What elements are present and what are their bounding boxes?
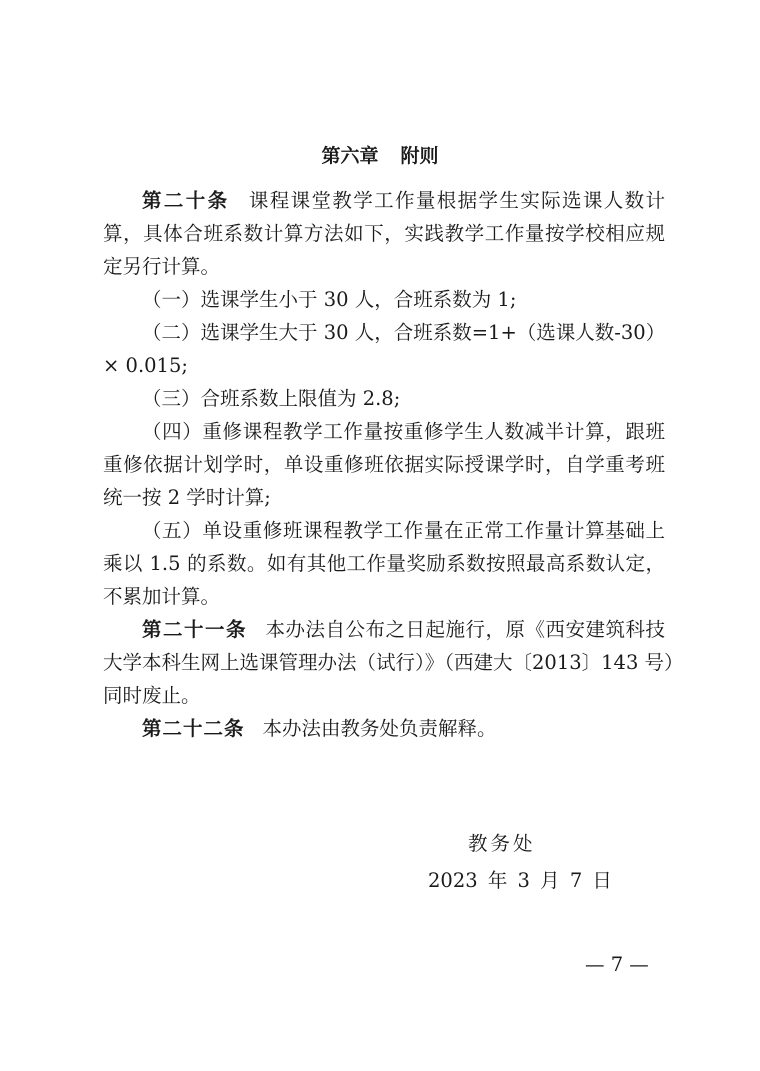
document-body: 第二十条课程课堂教学工作量根据学生实际选课人数计 算，具体合班系数计算方法如下，…: [103, 184, 665, 745]
item-5-line-2: 乘以 1.5 的系数。如有其他工作量奖励系数按照最高系数认定，: [103, 547, 665, 580]
article-20-line-3: 定另行计算。: [103, 250, 665, 283]
signature-date: 2023 年 3 月 7 日: [428, 866, 612, 896]
article-22-heading: 第二十二条: [142, 717, 245, 740]
document-page: 第六章附则 第二十条课程课堂教学工作量根据学生实际选课人数计 算，具体合班系数计…: [0, 0, 760, 1071]
chapter-number: 第六章: [321, 145, 378, 167]
signature-issuer: 教务处: [468, 829, 536, 859]
chapter-name: 附则: [401, 145, 439, 167]
item-2-line-2: × 0.015;: [103, 349, 665, 382]
article-21-heading: 第二十一条: [142, 618, 247, 641]
item-4-line-2: 重修依据计划学时，单设重修班依据实际授课学时，自学重考班: [103, 448, 665, 481]
item-3: （三）合班系数上限值为 2.8;: [103, 382, 665, 415]
item-4-line-3: 统一按 2 学时计算;: [103, 481, 665, 514]
item-2-line-1: （二）选课学生大于 30 人，合班系数=1+（选课人数-30）: [103, 316, 665, 349]
article-22-line-1: 第二十二条本办法由教务处负责解释。: [103, 712, 665, 745]
article-21-line-3: 同时废止。: [103, 679, 665, 712]
item-5-line-1: （五）单设重修班课程教学工作量在正常工作量计算基础上: [103, 514, 665, 547]
article-21-line-2: 大学本科生网上选课管理办法（试行）》（西建大〔2013〕143 号）: [103, 646, 665, 679]
chapter-title: 第六章附则: [0, 141, 760, 168]
item-4-line-1: （四）重修课程教学工作量按重修学生人数减半计算，跟班: [103, 415, 665, 448]
article-21-line-1: 第二十一条本办法自公布之日起施行，原《西安建筑科技: [103, 613, 665, 646]
article-20-line-2: 算，具体合班系数计算方法如下，实践教学工作量按学校相应规: [103, 217, 665, 250]
article-20-heading: 第二十条: [142, 189, 230, 212]
item-1: （一）选课学生小于 30 人，合班系数为 1;: [103, 283, 665, 316]
article-20-line-1: 第二十条课程课堂教学工作量根据学生实际选课人数计: [103, 184, 665, 217]
page-number: — 7 —: [585, 950, 649, 980]
item-5-line-3: 不累加计算。: [103, 580, 665, 613]
